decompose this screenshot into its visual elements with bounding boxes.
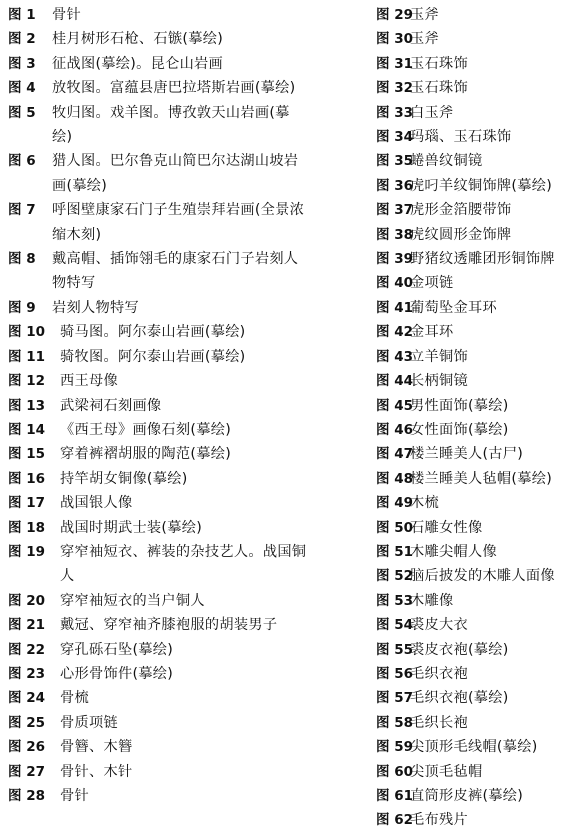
figure-number: 图 21 [8, 613, 60, 637]
figure-number: 图 34 [376, 125, 410, 149]
figure-number: 图 25 [8, 711, 60, 735]
figure-title: 心形骨饰件(摹绘) [60, 662, 308, 686]
figure-entry: 图 17战国银人像 [8, 491, 308, 515]
figure-number: 图 16 [8, 467, 60, 491]
figure-title: 放牧图。富蕴县唐巴拉塔斯岩画(摹绘) [52, 76, 308, 100]
figure-entry: 图 11骑牧图。阿尔泰山岩画(摹绘) [8, 345, 308, 369]
figure-number: 图 29 [376, 3, 410, 27]
figure-entry: 图 30玉斧 [376, 27, 570, 51]
figure-entry: 图 44长柄铜镜 [376, 369, 570, 393]
figure-entry: 图 16持竿胡女铜像(摹绘) [8, 467, 308, 491]
figure-number: 图 24 [8, 686, 60, 710]
figure-number: 图 54 [376, 613, 410, 637]
figure-entry: 图 47楼兰睡美人(古尸) [376, 442, 570, 466]
figure-number: 图 12 [8, 369, 60, 393]
figure-entry: 图 37虎形金箔腰带饰 [376, 198, 570, 222]
figure-number: 图 17 [8, 491, 60, 515]
figure-entry: 图 54裘皮大衣 [376, 613, 570, 637]
figure-title: 木雕尖帽人像 [410, 540, 570, 564]
figure-title: 虎纹圆形金饰牌 [410, 223, 570, 247]
figure-number: 图 3 [8, 52, 52, 76]
figure-entry: 图 60尖顶毛毡帽 [376, 760, 570, 784]
figure-entry: 图 55裘皮衣袍(摹绘) [376, 638, 570, 662]
figure-title: 武梁祠石刻画像 [60, 394, 308, 418]
figure-number: 图 45 [376, 394, 410, 418]
figure-entry: 图 28骨针 [8, 784, 308, 808]
figure-number: 图 51 [376, 540, 410, 564]
figure-title: 毛织衣袍 [410, 662, 570, 686]
figure-title: 玉石珠饰 [410, 76, 570, 100]
figure-entry: 图 19穿窄袖短衣、裤装的杂技艺人。战国铜人 [8, 540, 308, 589]
figure-number: 图 31 [376, 52, 410, 76]
figure-number: 图 33 [376, 101, 410, 125]
figure-number: 图 60 [376, 760, 410, 784]
figure-number: 图 56 [376, 662, 410, 686]
figure-number: 图 4 [8, 76, 52, 100]
figure-title: 石雕女性像 [410, 516, 570, 540]
figure-title: 骨针、木针 [60, 760, 308, 784]
figure-entry: 图 32玉石珠饰 [376, 76, 570, 100]
figure-number: 图 26 [8, 735, 60, 759]
figure-number: 图 13 [8, 394, 60, 418]
figure-title: 男性面饰(摹绘) [410, 394, 570, 418]
figure-number: 图 22 [8, 638, 60, 662]
figure-number: 图 5 [8, 101, 52, 150]
figure-title: 金耳环 [410, 320, 570, 344]
figure-title: 蜷兽纹铜镜 [410, 149, 570, 173]
figure-entry: 图 21戴冠、穿窄袖齐膝袍服的胡装男子 [8, 613, 308, 637]
figure-title: 楼兰睡美人毡帽(摹绘) [410, 467, 570, 491]
figure-title: 裘皮大衣 [410, 613, 570, 637]
figure-entry: 图 3征战图(摹绘)。昆仑山岩画 [8, 52, 308, 76]
figure-number: 图 62 [376, 808, 410, 832]
figure-title: 西王母像 [60, 369, 308, 393]
figure-number: 图 61 [376, 784, 410, 808]
figure-number: 图 14 [8, 418, 60, 442]
figure-entry: 图 62毛布残片 [376, 808, 570, 832]
figure-title: 骑牧图。阿尔泰山岩画(摹绘) [60, 345, 308, 369]
figure-entry: 图 49木梳 [376, 491, 570, 515]
figure-title: 玉斧 [410, 27, 570, 51]
figure-title: 穿孔砾石坠(摹绘) [60, 638, 308, 662]
figure-entry: 图 20穿窄袖短衣的当户铜人 [8, 589, 308, 613]
figure-number: 图 38 [376, 223, 410, 247]
figure-title: 持竿胡女铜像(摹绘) [60, 467, 308, 491]
figure-entry: 图 5牧归图。戏羊图。博孜敦天山岩画(摹绘) [8, 101, 308, 150]
figure-entry: 图 14《西王母》画像石刻(摹绘) [8, 418, 308, 442]
figure-number: 图 40 [376, 271, 410, 295]
figure-entry: 图 22穿孔砾石坠(摹绘) [8, 638, 308, 662]
figure-number: 图 30 [376, 27, 410, 51]
figure-number: 图 44 [376, 369, 410, 393]
figure-number: 图 28 [8, 784, 60, 808]
figure-number: 图 20 [8, 589, 60, 613]
figure-number: 图 27 [8, 760, 60, 784]
figure-title: 虎叼羊纹铜饰牌(摹绘) [410, 174, 570, 198]
figure-entry: 图 12西王母像 [8, 369, 308, 393]
figure-entry: 图 34玛瑙、玉石珠饰 [376, 125, 570, 149]
figure-number: 图 8 [8, 247, 52, 296]
figure-entry: 图 36虎叼羊纹铜饰牌(摹绘) [376, 174, 570, 198]
figure-title: 骨梳 [60, 686, 308, 710]
figure-title: 战国银人像 [60, 491, 308, 515]
figure-number: 图 19 [8, 540, 60, 589]
figure-title: 玛瑙、玉石珠饰 [410, 125, 570, 149]
figure-title: 葡萄坠金耳环 [410, 296, 570, 320]
figure-number: 图 32 [376, 76, 410, 100]
figure-entry: 图 58毛织长袍 [376, 711, 570, 735]
figure-entry: 图 57毛织衣袍(摹绘) [376, 686, 570, 710]
figure-title: 猎人图。巴尔鲁克山简巴尔达湖山坡岩画(摹绘) [52, 149, 308, 198]
figure-entry: 图 46女性面饰(摹绘) [376, 418, 570, 442]
figure-title: 玉斧 [410, 3, 570, 27]
figure-title: 毛布残片 [410, 808, 570, 832]
figure-entry: 图 24骨梳 [8, 686, 308, 710]
figure-title: 战国时期武士装(摹绘) [60, 516, 308, 540]
figure-entry: 图 1骨针 [8, 3, 308, 27]
figure-entry: 图 39野猪纹透雕团形铜饰牌 [376, 247, 570, 271]
figure-title: 牧归图。戏羊图。博孜敦天山岩画(摹绘) [52, 101, 308, 150]
figure-entry: 图 43立羊铜饰 [376, 345, 570, 369]
figure-entry: 图 35蜷兽纹铜镜 [376, 149, 570, 173]
figure-title: 木雕像 [410, 589, 570, 613]
figure-number: 图 18 [8, 516, 60, 540]
figure-number: 图 1 [8, 3, 52, 27]
figure-number: 图 15 [8, 442, 60, 466]
figure-title: 骑马图。阿尔泰山岩画(摹绘) [60, 320, 308, 344]
figure-number: 图 57 [376, 686, 410, 710]
figure-entry: 图 29玉斧 [376, 3, 570, 27]
figure-entry: 图 61直筒形皮裤(摹绘) [376, 784, 570, 808]
figure-title: 女性面饰(摹绘) [410, 418, 570, 442]
figure-number: 图 46 [376, 418, 410, 442]
figure-number: 图 42 [376, 320, 410, 344]
figure-entry: 图 53木雕像 [376, 589, 570, 613]
figure-title: 虎形金箔腰带饰 [410, 198, 570, 222]
figure-title: 尖顶毛毡帽 [410, 760, 570, 784]
figure-number: 图 59 [376, 735, 410, 759]
figure-title: 穿着裤褶胡服的陶范(摹绘) [60, 442, 308, 466]
figure-number: 图 55 [376, 638, 410, 662]
figure-number: 图 52 [376, 564, 410, 588]
figure-entry: 图 42金耳环 [376, 320, 570, 344]
figure-number: 图 6 [8, 149, 52, 198]
figure-entry: 图 52脑后披发的木雕人面像 [376, 564, 570, 588]
figure-number: 图 49 [376, 491, 410, 515]
figure-number: 图 39 [376, 247, 410, 271]
figure-number: 图 41 [376, 296, 410, 320]
figure-title: 穿窄袖短衣、裤装的杂技艺人。战国铜人 [60, 540, 308, 589]
figure-entry: 图 23心形骨饰件(摹绘) [8, 662, 308, 686]
figure-title: 直筒形皮裤(摹绘) [410, 784, 570, 808]
figure-number: 图 36 [376, 174, 410, 198]
figure-title: 脑后披发的木雕人面像 [410, 564, 570, 588]
figure-entry: 图 10骑马图。阿尔泰山岩画(摹绘) [8, 320, 308, 344]
figure-entry: 图 6猎人图。巴尔鲁克山简巴尔达湖山坡岩画(摹绘) [8, 149, 308, 198]
figure-number: 图 11 [8, 345, 60, 369]
figure-number: 图 53 [376, 589, 410, 613]
figure-entry: 图 26骨簪、木簪 [8, 735, 308, 759]
figure-title: 毛织衣袍(摹绘) [410, 686, 570, 710]
figure-entry: 图 50石雕女性像 [376, 516, 570, 540]
figure-entry: 图 9岩刻人物特写 [8, 296, 308, 320]
figure-entry: 图 25骨质项链 [8, 711, 308, 735]
figure-title: 桂月树形石枪、石镞(摹绘) [52, 27, 308, 51]
figure-entry: 图 33白玉斧 [376, 101, 570, 125]
figure-entry: 图 27骨针、木针 [8, 760, 308, 784]
figure-number: 图 23 [8, 662, 60, 686]
figure-title: 骨质项链 [60, 711, 308, 735]
figure-entry: 图 2桂月树形石枪、石镞(摹绘) [8, 27, 308, 51]
figure-title: 《西王母》画像石刻(摹绘) [60, 418, 308, 442]
figure-title: 戴高帽、插饰翎毛的康家石门子岩刻人物特写 [52, 247, 308, 296]
figure-entry: 图 4放牧图。富蕴县唐巴拉塔斯岩画(摹绘) [8, 76, 308, 100]
figure-title: 骨针 [60, 784, 308, 808]
figure-title: 岩刻人物特写 [52, 296, 308, 320]
figure-number: 图 2 [8, 27, 52, 51]
figure-title: 骨簪、木簪 [60, 735, 308, 759]
figure-entry: 图 59尖顶形毛线帽(摹绘) [376, 735, 570, 759]
figure-entry: 图 38虎纹圆形金饰牌 [376, 223, 570, 247]
figure-number: 图 9 [8, 296, 52, 320]
figure-entry: 图 56毛织衣袍 [376, 662, 570, 686]
figure-title: 裘皮衣袍(摹绘) [410, 638, 570, 662]
figure-entry: 图 13武梁祠石刻画像 [8, 394, 308, 418]
figure-title: 玉石珠饰 [410, 52, 570, 76]
figure-entry: 图 48楼兰睡美人毡帽(摹绘) [376, 467, 570, 491]
figure-entry: 图 7呼图壁康家石门子生殖崇拜岩画(全景浓缩木刻) [8, 198, 308, 247]
figure-title: 白玉斧 [410, 101, 570, 125]
figure-title: 呼图壁康家石门子生殖崇拜岩画(全景浓缩木刻) [52, 198, 308, 247]
figure-entry: 图 18战国时期武士装(摹绘) [8, 516, 308, 540]
figure-number: 图 35 [376, 149, 410, 173]
figure-list-right: 图 29玉斧图 30玉斧图 31玉石珠饰图 32玉石珠饰图 33白玉斧图 34玛… [376, 3, 570, 833]
figure-title: 骨针 [52, 3, 308, 27]
figure-title: 木梳 [410, 491, 570, 515]
figure-number: 图 7 [8, 198, 52, 247]
figure-title: 穿窄袖短衣的当户铜人 [60, 589, 308, 613]
figure-number: 图 50 [376, 516, 410, 540]
figure-title: 楼兰睡美人(古尸) [410, 442, 570, 466]
figure-title: 戴冠、穿窄袖齐膝袍服的胡装男子 [60, 613, 308, 637]
figure-entry: 图 31玉石珠饰 [376, 52, 570, 76]
figure-entry: 图 51木雕尖帽人像 [376, 540, 570, 564]
figure-number: 图 43 [376, 345, 410, 369]
figure-title: 立羊铜饰 [410, 345, 570, 369]
figure-entry: 图 15穿着裤褶胡服的陶范(摹绘) [8, 442, 308, 466]
figure-entry: 图 45男性面饰(摹绘) [376, 394, 570, 418]
figure-entry: 图 41葡萄坠金耳环 [376, 296, 570, 320]
figure-number: 图 10 [8, 320, 60, 344]
figure-number: 图 47 [376, 442, 410, 466]
figure-title: 野猪纹透雕团形铜饰牌 [410, 247, 570, 271]
figure-number: 图 48 [376, 467, 410, 491]
figure-title: 长柄铜镜 [410, 369, 570, 393]
figure-entry: 图 8戴高帽、插饰翎毛的康家石门子岩刻人物特写 [8, 247, 308, 296]
figure-title: 尖顶形毛线帽(摹绘) [410, 735, 570, 759]
figure-title: 金项链 [410, 271, 570, 295]
figure-list-left: 图 1骨针图 2桂月树形石枪、石镞(摹绘)图 3征战图(摹绘)。昆仑山岩画图 4… [8, 3, 308, 808]
figure-title: 征战图(摹绘)。昆仑山岩画 [52, 52, 308, 76]
figure-number: 图 58 [376, 711, 410, 735]
figure-title: 毛织长袍 [410, 711, 570, 735]
figure-number: 图 37 [376, 198, 410, 222]
figure-entry: 图 40金项链 [376, 271, 570, 295]
